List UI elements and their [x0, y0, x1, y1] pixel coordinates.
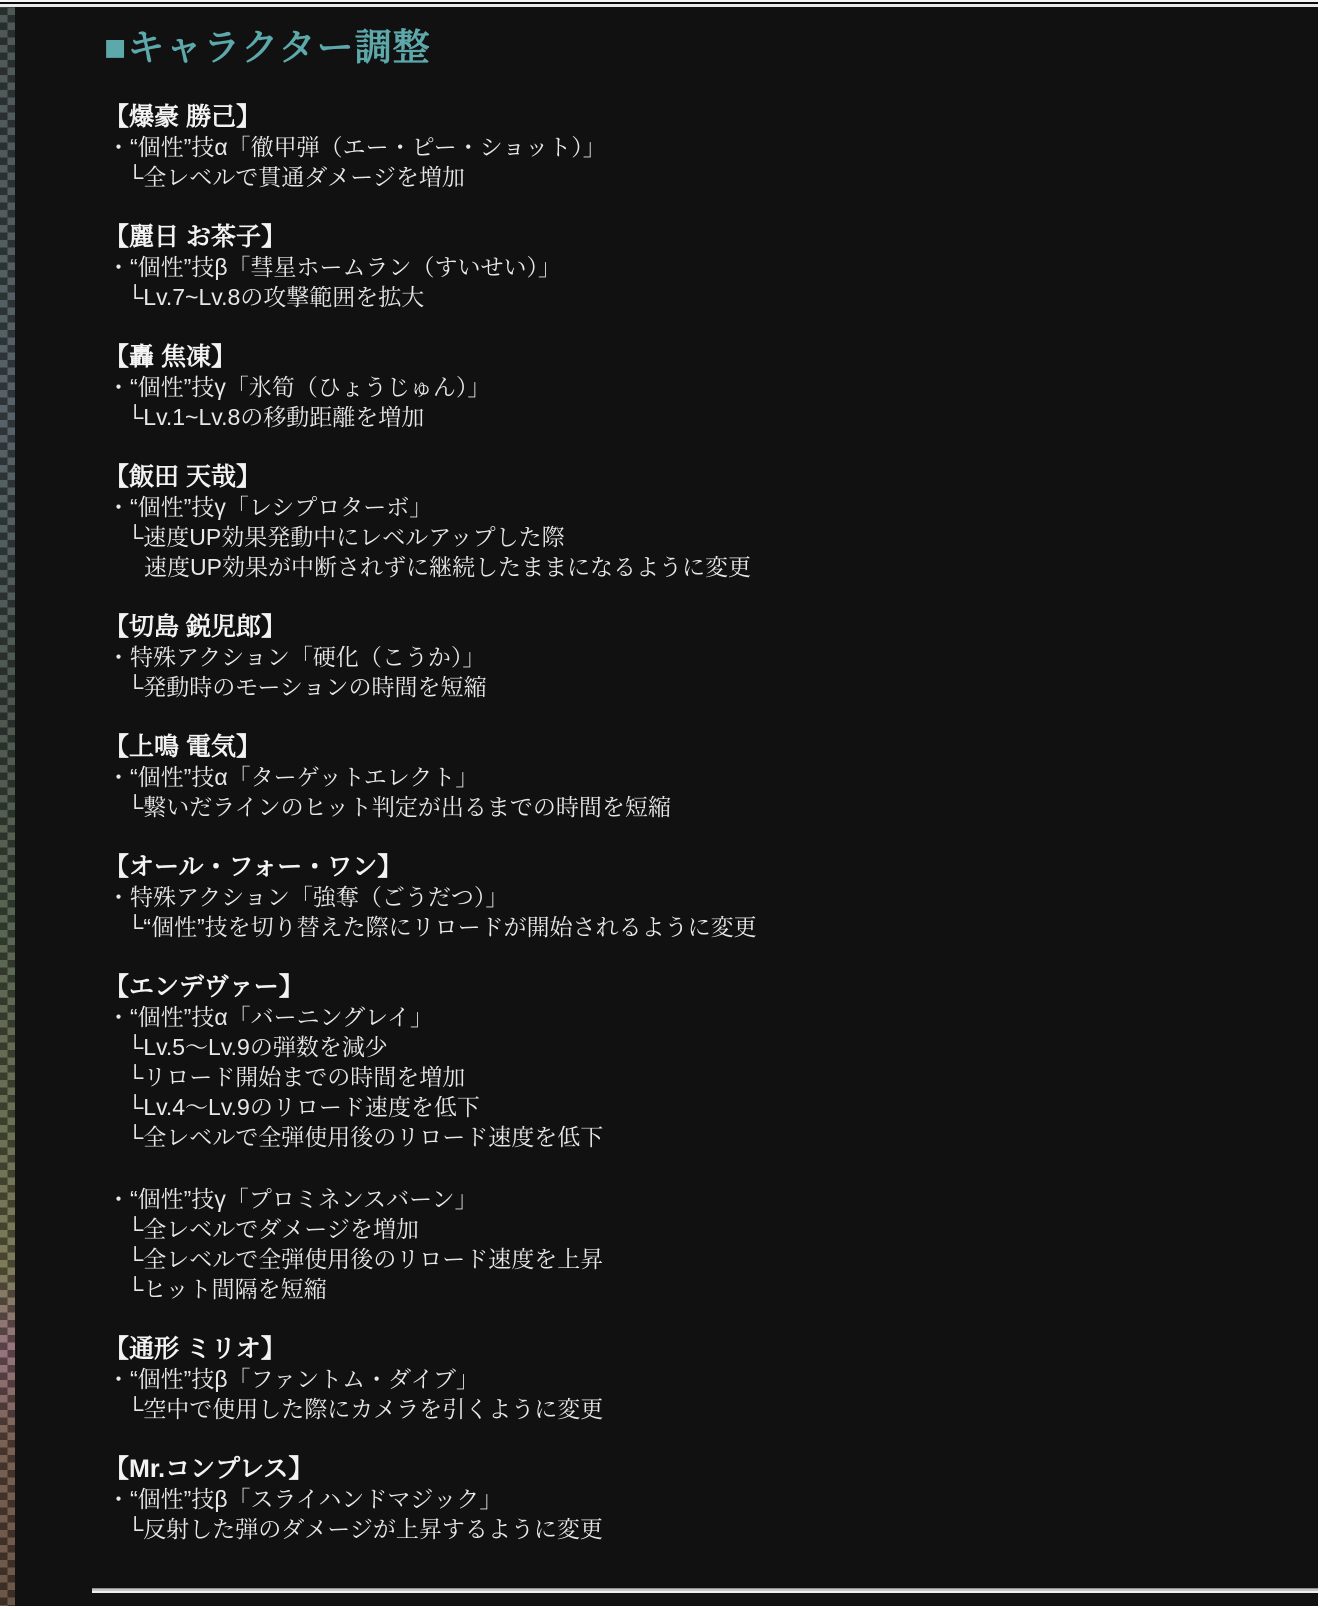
- skill-entry: ・特殊アクション「硬化（こうか）」└発動時のモーションの時間を短縮: [104, 642, 1318, 702]
- character-name: 【轟 焦凍】: [104, 342, 1318, 372]
- skill-name-line: ・“個性”技γ「プロミネンスバーン」: [107, 1184, 1318, 1214]
- change-line: └リロード開始までの時間を増加: [127, 1062, 1318, 1092]
- character-section: 【麗日 お茶子】・“個性”技β「彗星ホームラン（すいせい）」└Lv.7~Lv.8…: [104, 222, 1318, 312]
- character-sections-list: 【爆豪 勝己】・“個性”技α「徹甲弾（エー・ピー・ショット）」└全レベルで貫通ダ…: [104, 102, 1318, 1544]
- patch-notes-content: ■キャラクター調整 【爆豪 勝己】・“個性”技α「徹甲弾（エー・ピー・ショット）…: [15, 0, 1318, 1593]
- skill-name-line: ・特殊アクション「硬化（こうか）」: [107, 642, 1318, 672]
- bottom-divider: [92, 1588, 1318, 1593]
- skill-name-line: ・特殊アクション「強奪（ごうだつ）」: [107, 882, 1318, 912]
- title-text: キャラクター調整: [127, 27, 430, 68]
- skill-entry: ・“個性”技α「ターゲットエレクト」└繋いだラインのヒット判定が出るまでの時間を…: [104, 762, 1318, 822]
- character-section: 【エンデヴァー】・“個性”技α「バーニングレイ」└Lv.5〜Lv.9の弾数を減少…: [104, 972, 1318, 1304]
- change-line: └全レベルで貫通ダメージを増加: [127, 162, 1318, 192]
- character-name: 【切島 鋭児郎】: [104, 612, 1318, 642]
- change-line: └Lv.7~Lv.8の攻撃範囲を拡大: [127, 282, 1318, 312]
- skill-entry: ・特殊アクション「強奪（ごうだつ）」└“個性”技を切り替えた際にリロードが開始さ…: [104, 882, 1318, 942]
- skill-name-line: ・“個性”技γ「レシプロターボ」: [107, 492, 1318, 522]
- change-line: └発動時のモーションの時間を短縮: [127, 672, 1318, 702]
- skill-entry: ・“個性”技α「バーニングレイ」└Lv.5〜Lv.9の弾数を減少└リロード開始ま…: [104, 1002, 1318, 1152]
- change-line: └空中で使用した際にカメラを引くように変更: [127, 1394, 1318, 1424]
- change-line: └Lv.5〜Lv.9の弾数を減少: [127, 1032, 1318, 1062]
- skill-entry: ・“個性”技β「ファントム・ダイブ」└空中で使用した際にカメラを引くように変更: [104, 1364, 1318, 1424]
- change-line: └全レベルで全弾使用後のリロード速度を上昇: [127, 1244, 1318, 1274]
- character-name: 【飯田 天哉】: [104, 462, 1318, 492]
- skill-name-line: ・“個性”技γ「氷筍（ひょうじゅん）」: [107, 372, 1318, 402]
- skill-entry: ・“個性”技γ「プロミネンスバーン」└全レベルでダメージを増加└全レベルで全弾使…: [104, 1184, 1318, 1304]
- change-line: └Lv.4〜Lv.9のリロード速度を低下: [127, 1092, 1318, 1122]
- skill-name-line: ・“個性”技β「ファントム・ダイブ」: [107, 1364, 1318, 1394]
- skill-name-line: ・“個性”技α「徹甲弾（エー・ピー・ショット）」: [107, 132, 1318, 162]
- change-line: └Lv.1~Lv.8の移動距離を増加: [127, 402, 1318, 432]
- change-continuation-line: 速度UP効果が中断されずに継続したままになるように変更: [144, 552, 1318, 582]
- character-name: 【爆豪 勝己】: [104, 102, 1318, 132]
- character-section: 【Mr.コンプレス】・“個性”技β「スライハンドマジック」└反射した弾のダメージ…: [104, 1454, 1318, 1544]
- page-title: ■キャラクター調整: [104, 28, 1318, 68]
- change-line: └繋いだラインのヒット判定が出るまでの時間を短縮: [127, 792, 1318, 822]
- skill-name-line: ・“個性”技α「バーニングレイ」: [107, 1002, 1318, 1032]
- skill-entry: ・“個性”技β「彗星ホームラン（すいせい）」└Lv.7~Lv.8の攻撃範囲を拡大: [104, 252, 1318, 312]
- character-name: 【麗日 お茶子】: [104, 222, 1318, 252]
- page-edge-texture: [0, 0, 15, 1606]
- character-section: 【オール・フォー・ワン】・特殊アクション「強奪（ごうだつ）」└“個性”技を切り替…: [104, 852, 1318, 942]
- character-name: 【オール・フォー・ワン】: [104, 852, 1318, 882]
- character-section: 【上鳴 電気】・“個性”技α「ターゲットエレクト」└繋いだラインのヒット判定が出…: [104, 732, 1318, 822]
- skill-name-line: ・“個性”技α「ターゲットエレクト」: [107, 762, 1318, 792]
- skill-name-line: ・“個性”技β「彗星ホームラン（すいせい）」: [107, 252, 1318, 282]
- top-border-line: [0, 0, 1318, 7]
- change-line: └全レベルで全弾使用後のリロード速度を低下: [127, 1122, 1318, 1152]
- skill-entry: ・“個性”技β「スライハンドマジック」└反射した弾のダメージが上昇するように変更: [104, 1484, 1318, 1544]
- character-section: 【爆豪 勝己】・“個性”技α「徹甲弾（エー・ピー・ショット）」└全レベルで貫通ダ…: [104, 102, 1318, 192]
- skill-name-line: ・“個性”技β「スライハンドマジック」: [107, 1484, 1318, 1514]
- change-line: └全レベルでダメージを増加: [127, 1214, 1318, 1244]
- character-section: 【切島 鋭児郎】・特殊アクション「硬化（こうか）」└発動時のモーションの時間を短…: [104, 612, 1318, 702]
- change-line: └速度UP効果発動中にレベルアップした際: [127, 522, 1318, 552]
- skill-entry: ・“個性”技γ「レシプロターボ」└速度UP効果発動中にレベルアップした際速度UP…: [104, 492, 1318, 582]
- skill-entry: ・“個性”技α「徹甲弾（エー・ピー・ショット）」└全レベルで貫通ダメージを増加: [104, 132, 1318, 192]
- change-line: └“個性”技を切り替えた際にリロードが開始されるように変更: [127, 912, 1318, 942]
- skill-entry: ・“個性”技γ「氷筍（ひょうじゅん）」└Lv.1~Lv.8の移動距離を増加: [104, 372, 1318, 432]
- change-line: └ヒット間隔を短縮: [127, 1274, 1318, 1304]
- character-name: 【エンデヴァー】: [104, 972, 1318, 1002]
- character-section: 【通形 ミリオ】・“個性”技β「ファントム・ダイブ」└空中で使用した際にカメラを…: [104, 1334, 1318, 1424]
- character-name: 【Mr.コンプレス】: [104, 1454, 1318, 1484]
- character-name: 【上鳴 電気】: [104, 732, 1318, 762]
- character-name: 【通形 ミリオ】: [104, 1334, 1318, 1364]
- character-section: 【飯田 天哉】・“個性”技γ「レシプロターボ」└速度UP効果発動中にレベルアップ…: [104, 462, 1318, 582]
- title-square-marker: ■: [104, 27, 127, 68]
- change-line: └反射した弾のダメージが上昇するように変更: [127, 1514, 1318, 1544]
- character-section: 【轟 焦凍】・“個性”技γ「氷筍（ひょうじゅん）」└Lv.1~Lv.8の移動距離…: [104, 342, 1318, 432]
